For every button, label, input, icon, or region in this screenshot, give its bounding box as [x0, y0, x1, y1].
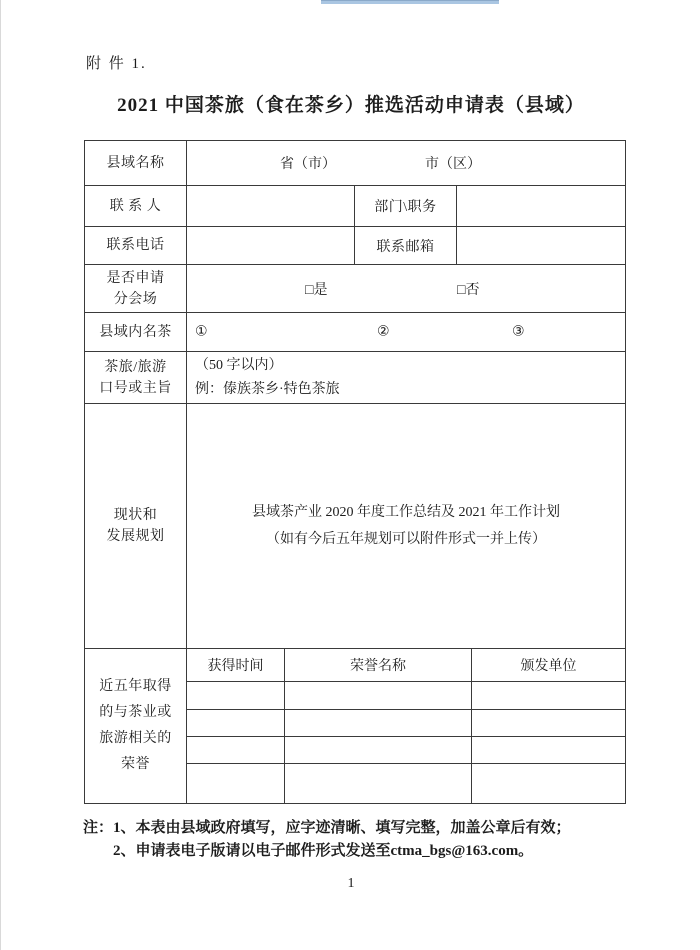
branch-venue-label: 是否申请 分会场 — [85, 265, 187, 312]
phone-input-cell[interactable] — [187, 227, 355, 264]
honors-empty-row — [187, 709, 625, 736]
checkbox-no[interactable]: □否 — [457, 279, 479, 299]
honor-issuer-cell[interactable] — [472, 737, 625, 763]
honor-issuer-cell[interactable] — [472, 764, 625, 803]
plan-cell[interactable]: 县域茶产业 2020 年度工作总结及 2021 年工作计划 （如有今后五年规划可… — [187, 404, 625, 648]
department-input-cell[interactable] — [457, 186, 625, 226]
row-phone: 联系电话 联系邮箱 — [85, 226, 625, 264]
slogan-hint-limit: （50 字以内） — [195, 354, 625, 378]
form-title: 2021 中国茶旅（食在茶乡）推选活动申请表（县域） — [1, 90, 700, 117]
honors-empty-row — [187, 763, 625, 803]
honors-subtable: 获得时间 荣誉名称 颁发单位 — [187, 649, 625, 803]
plan-instruction-2: （如有今后五年规划可以附件形式一并上传） — [266, 526, 546, 553]
phone-label: 联系电话 — [85, 227, 187, 264]
row-slogan: 茶旅/旅游 口号或主旨 （50 字以内） 例：傣族茶乡·特色茶旅 — [85, 351, 625, 403]
honors-header-issuer: 颁发单位 — [472, 649, 625, 681]
honors-header-time: 获得时间 — [187, 649, 285, 681]
honor-name-cell[interactable] — [285, 682, 472, 709]
honor-name-cell[interactable] — [285, 710, 472, 736]
contact-input-cell[interactable] — [187, 186, 355, 226]
contact-label: 联 系 人 — [85, 186, 187, 226]
famous-teas-label: 县域内名茶 — [85, 313, 187, 351]
checkbox-yes[interactable]: □是 — [305, 279, 327, 299]
honors-empty-row — [187, 736, 625, 763]
footnote-2: 2、申请表电子版请以电子邮件形式发送至ctma_bgs@163.com。 — [113, 840, 631, 863]
row-contact: 联 系 人 部门\职务 — [85, 185, 625, 226]
honors-header-row: 获得时间 荣誉名称 颁发单位 — [187, 649, 625, 681]
honor-time-cell[interactable] — [187, 737, 285, 763]
city-placeholder: 市（区） — [425, 153, 481, 173]
honors-header-name: 荣誉名称 — [285, 649, 472, 681]
horizontal-scrollbar-thumb[interactable] — [321, 0, 499, 4]
row-county-name: 县域名称 省（市） 市（区） — [85, 141, 625, 185]
row-branch-venue: 是否申请 分会场 □是 □否 — [85, 264, 625, 312]
email-label: 联系邮箱 — [355, 227, 457, 264]
tea-item-1: ① — [195, 324, 208, 341]
row-honors: 近五年取得 的与茶业或 旅游相关的 荣誉 获得时间 荣誉名称 颁发单位 — [85, 648, 625, 803]
slogan-cell[interactable]: （50 字以内） 例：傣族茶乡·特色茶旅 — [187, 352, 625, 403]
application-form-table: 县域名称 省（市） 市（区） 联 系 人 部门\职务 联系电话 — [84, 140, 626, 804]
honor-time-cell[interactable] — [187, 682, 285, 709]
footnote-1: 注：1、本表由县域政府填写，应字迹清晰、填写完整，加盖公章后有效； — [83, 817, 631, 840]
honors-label: 近五年取得 的与茶业或 旅游相关的 荣誉 — [85, 649, 187, 803]
email-input-cell[interactable] — [457, 227, 625, 264]
page-number: 1 — [1, 876, 700, 892]
honors-empty-row — [187, 681, 625, 709]
honor-time-cell[interactable] — [187, 710, 285, 736]
county-name-label: 县域名称 — [85, 141, 187, 185]
county-name-cell[interactable]: 省（市） 市（区） — [187, 141, 625, 185]
tea-item-2: ② — [377, 324, 390, 341]
footnotes: 注：1、本表由县域政府填写，应字迹清晰、填写完整，加盖公章后有效； 2、申请表电… — [83, 817, 631, 863]
department-label: 部门\职务 — [355, 186, 457, 226]
honor-name-cell[interactable] — [285, 764, 472, 803]
slogan-hint-example: 例：傣族茶乡·特色茶旅 — [195, 378, 625, 402]
famous-teas-cell[interactable]: ① ② ③ — [187, 313, 625, 351]
slogan-label: 茶旅/旅游 口号或主旨 — [85, 352, 187, 403]
tea-item-3: ③ — [512, 324, 525, 341]
row-famous-teas: 县域内名茶 ① ② ③ — [85, 312, 625, 351]
honor-time-cell[interactable] — [187, 764, 285, 803]
attachment-label: 附 件 1. — [86, 52, 147, 73]
province-placeholder: 省（市） — [280, 153, 336, 173]
row-plan: 现状和 发展规划 县域茶产业 2020 年度工作总结及 2021 年工作计划 （… — [85, 403, 625, 648]
honor-issuer-cell[interactable] — [472, 710, 625, 736]
document-page: 附 件 1. 2021 中国茶旅（食在茶乡）推选活动申请表（县域） 县域名称 省… — [0, 0, 700, 950]
plan-label: 现状和 发展规划 — [85, 404, 187, 648]
plan-instruction-1: 县域茶产业 2020 年度工作总结及 2021 年工作计划 — [252, 499, 560, 526]
honor-name-cell[interactable] — [285, 737, 472, 763]
honor-issuer-cell[interactable] — [472, 682, 625, 709]
